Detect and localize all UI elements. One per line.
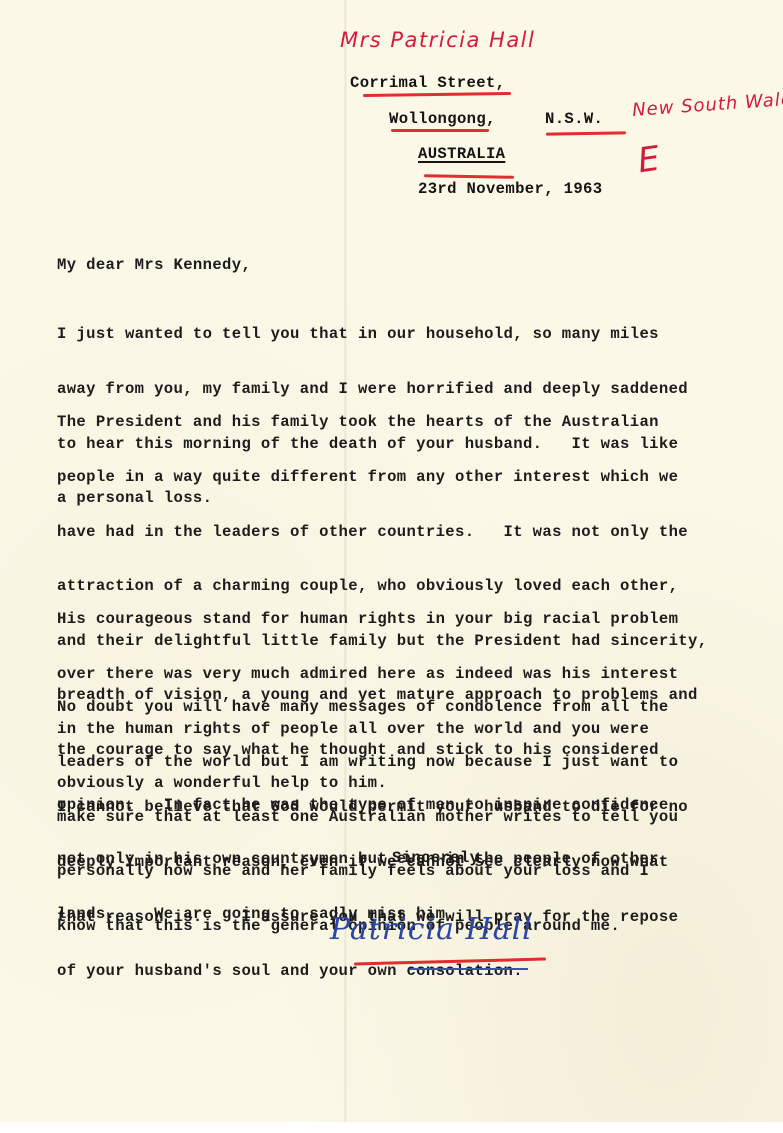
closing: Sincerely, [392,849,489,867]
red-underline-country [424,174,514,179]
signature: Patricia Hall [330,912,533,947]
paragraph-line: deeply important reason, even if we cann… [57,853,688,871]
red-underline-street [363,92,511,97]
paragraph-line: No doubt you will have many messages of … [57,698,678,716]
annotation-name: Mrs Patricia Hall [340,28,535,52]
letter-date: 23rd November, 1963 [418,180,602,198]
signature-underline [410,968,528,970]
annotation-margin-mark: E [635,139,662,182]
red-underline-state [546,131,626,135]
letter-page: Mrs Patricia Hall New South Wales E Corr… [0,0,783,1122]
paragraph-line: The President and his family took the he… [57,413,707,431]
paragraph-line: people in a way quite different from any… [57,468,707,486]
paragraph-5: I cannot believe that God would permit y… [57,762,688,1017]
address-country: AUSTRALIA [418,145,505,163]
address-city: Wollongong, [389,110,496,128]
address-street: Corrimal Street, [350,74,505,92]
address-state: N.S.W. [545,110,603,128]
annotation-state: New South Wales [631,88,783,121]
paragraph-line: His courageous stand for human rights in… [57,610,678,628]
paragraph-line: I cannot believe that God would permit y… [57,798,688,816]
red-underline-city [391,129,489,132]
paragraph-line: I just wanted to tell you that in our ho… [57,325,688,343]
salutation: My dear Mrs Kennedy, [57,256,251,274]
paragraph-line: have had in the leaders of other countri… [57,523,707,541]
